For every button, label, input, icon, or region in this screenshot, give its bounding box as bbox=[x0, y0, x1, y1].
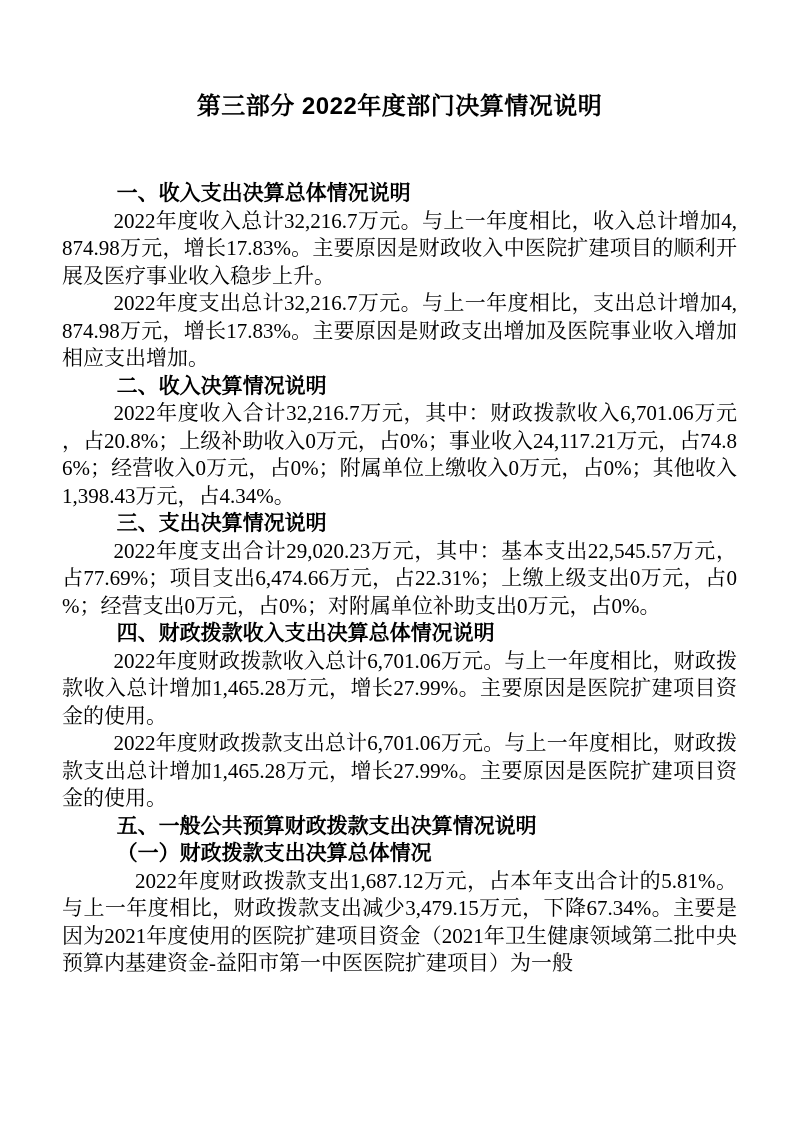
section-heading: 二、收入决算情况说明 bbox=[62, 373, 737, 401]
section-heading: 五、一般公共预算财政拨款支出决算情况说明 bbox=[62, 813, 737, 841]
document-page: 第三部分 2022年度部门决算情况说明 一、收入支出决算总体情况说明2022年度… bbox=[0, 0, 793, 1122]
sub-section-heading: （一）财政拨款支出决算总体情况 bbox=[62, 840, 737, 868]
paragraph: 2022年度收入总计32,216.7万元。与上一年度相比，收入总计增加4,874… bbox=[62, 208, 737, 291]
paragraph: 2022年度财政拨款支出1,687.12万元，占本年支出合计的5.81%。与上一… bbox=[62, 868, 737, 978]
document-body: 一、收入支出决算总体情况说明2022年度收入总计32,216.7万元。与上一年度… bbox=[62, 180, 737, 978]
paragraph: 2022年度收入合计32,216.7万元，其中：财政拨款收入6,701.06万元… bbox=[62, 400, 737, 510]
paragraph: 2022年度财政拨款收入总计6,701.06万元。与上一年度相比，财政拨款收入总… bbox=[62, 648, 737, 731]
document-title: 第三部分 2022年度部门决算情况说明 bbox=[62, 92, 737, 122]
section-heading: 四、财政拨款收入支出决算总体情况说明 bbox=[62, 620, 737, 648]
section-heading: 三、支出决算情况说明 bbox=[62, 510, 737, 538]
section-heading: 一、收入支出决算总体情况说明 bbox=[62, 180, 737, 208]
paragraph: 2022年度财政拨款支出总计6,701.06万元。与上一年度相比，财政拨款支出总… bbox=[62, 730, 737, 813]
paragraph: 2022年度支出总计32,216.7万元。与上一年度相比，支出总计增加4,874… bbox=[62, 290, 737, 373]
paragraph: 2022年度支出合计29,020.23万元，其中：基本支出22,545.57万元… bbox=[62, 538, 737, 621]
